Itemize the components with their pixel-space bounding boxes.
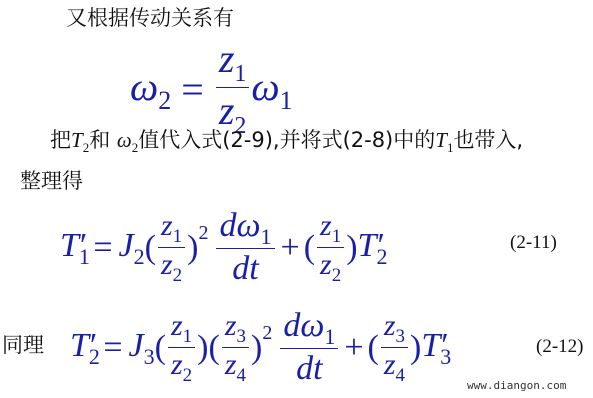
equation-number-2-11: (2-11) [510,232,557,254]
watermark: www.diangon.com [467,379,566,392]
equation-2-12: T2′ = J3 ( z1z2 ) ( z3z4 )2 dω1dt + ( z3… [70,308,449,388]
substitution-text: 把T2和 ω2值代入式(2-9),并将式(2-8)中的T1也带入, [50,124,523,156]
equals-sign: = [181,66,204,113]
similarly-label: 同理 [2,329,44,359]
equation-2-11: T1′ = J2 ( z1z2 )2 dω1dt + ( z1z2 ) T2′ [60,208,385,288]
omega2-symbol: ω2 [130,63,171,116]
equation-number-2-12: (2-12) [536,336,583,358]
result-label: 整理得 [20,165,83,195]
intro-text: 又根据传动关系有 [66,2,234,32]
omega1-symbol: ω1 [251,63,292,116]
